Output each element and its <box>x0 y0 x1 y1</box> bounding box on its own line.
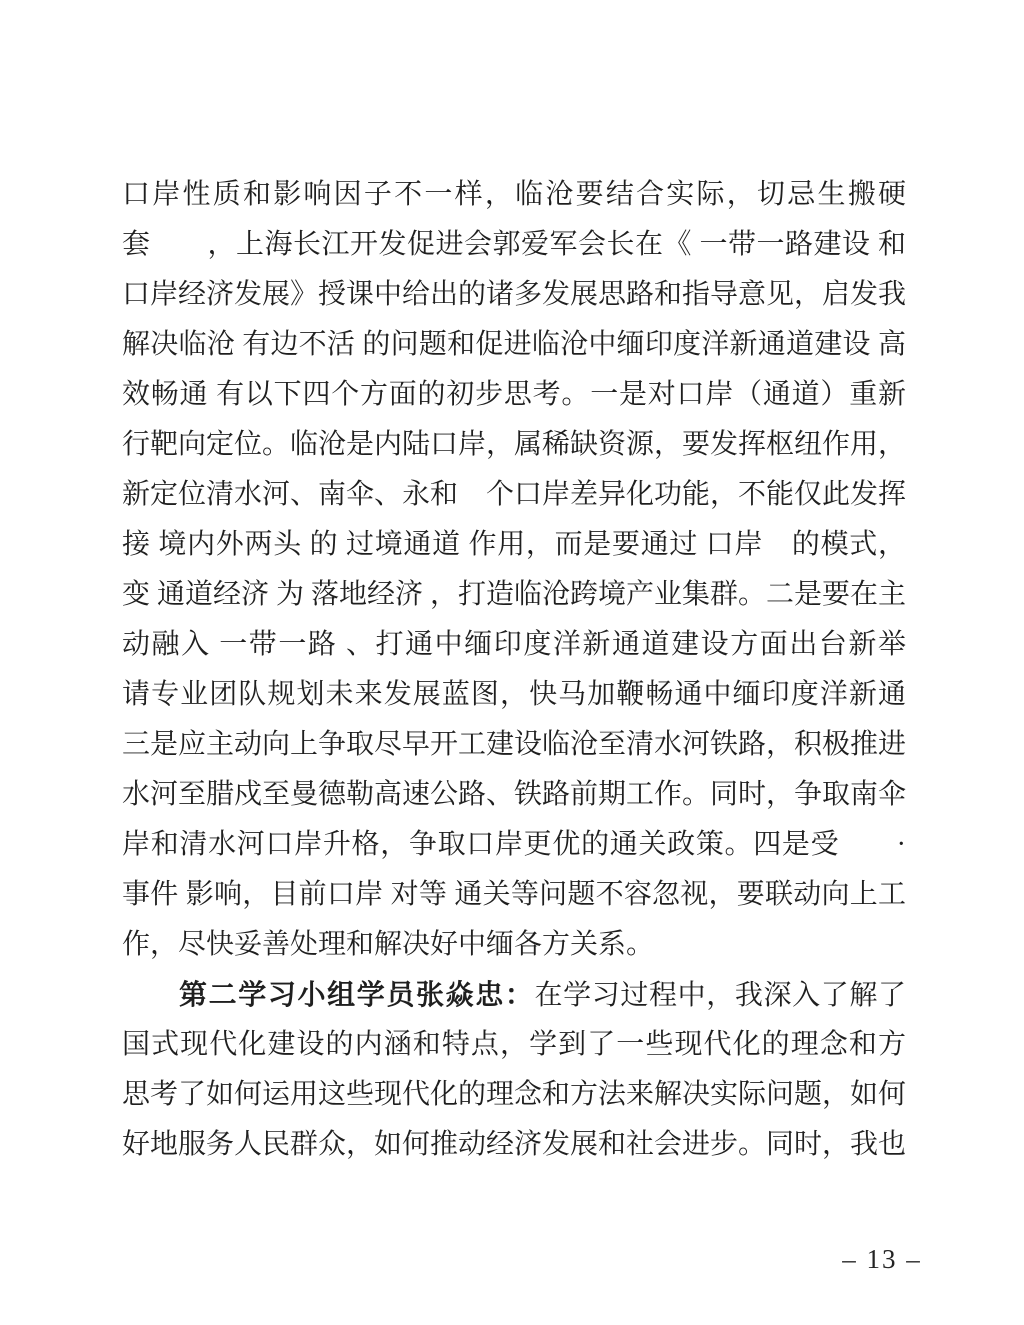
p2-line-01: 第二学习小组学员张焱忠：在学习过程中，我深入了解了中 <box>122 970 906 1020</box>
paragraph-2: 第二学习小组学员张焱忠：在学习过程中，我深入了解了中 国式现代化建设的内涵和特点… <box>122 970 906 1170</box>
p1-line-08: 接 境内外两头 的 过境通道 作用，而是要通过 口岸 的模式， <box>122 520 906 570</box>
p1-line-02: 套 ，上海长江开发促进会郭爱军会长在《 一带一路建设 和 <box>122 220 906 270</box>
p1-line-07: 新定位清水河、南伞、永和 个口岸差异化功能，不能仅此发挥连 <box>122 470 906 520</box>
document-page: 口岸性质和影响因子不一样，临沧要结合实际，切忌生搬硬 套 ，上海长江开发促进会郭… <box>0 0 1024 1325</box>
p1-line-01: 口岸性质和影响因子不一样，临沧要结合实际，切忌生搬硬 <box>122 170 906 220</box>
p1-line-09: 变 通道经济 为 落地经济 ，打造临沧跨境产业集群。二是要在主 <box>122 570 906 620</box>
p1-line-04: 解决临沧 有边不活 的问题和促进临沧中缅印度洋新通道建设 高 <box>122 320 906 370</box>
speaker-name-bold: 第二学习小组学员张焱忠： <box>179 979 535 1010</box>
p1-line-06: 行靶向定位。临沧是内陆口岸，属稀缺资源，要发挥枢纽作用，重 <box>122 420 906 470</box>
p1-line-16: 作，尽快妥善处理和解决好中缅各方关系。 <box>122 920 906 970</box>
p1-line-13: 水河至腊戍至曼德勒高速公路、铁路前期工作。同时，争取南伞口 <box>122 770 906 820</box>
p2-line-04: 好地服务人民群众，如何推动经济发展和社会进步。同时，我也意 <box>122 1120 906 1170</box>
p2-line-02: 国式现代化建设的内涵和特点，学到了一些现代化的理念和方法， <box>122 1020 906 1070</box>
p1-line-15: 事件 影响，目前口岸 对等 通关等问题不容忽视，要联动向上工 <box>122 870 906 920</box>
p1-line-10: 动融入 一带一路 、打通中缅印度洋新通道建设方面出台新举措， <box>122 620 906 670</box>
paragraph-1: 口岸性质和影响因子不一样，临沧要结合实际，切忌生搬硬 套 ，上海长江开发促进会郭… <box>122 170 906 970</box>
p1-line-03: 口岸经济发展》授课中给出的诸多发展思路和指导意见，启发我对 <box>122 270 906 320</box>
p2-line-03: 思考了如何运用这些现代化的理念和方法来解决实际问题，如何更 <box>122 1070 906 1120</box>
p1-line-12: 三是应主动向上争取尽早开工建设临沧至清水河铁路，积极推进清 <box>122 720 906 770</box>
page-number: – 13 – <box>832 1242 932 1276</box>
p1-line-11: 请专业团队规划未来发展蓝图，快马加鞭畅通中缅印度洋新通道。 <box>122 670 906 720</box>
p1-line-14: 岸和清水河口岸升格，争取口岸更优的通关政策。四是受 · <box>122 820 906 870</box>
text-column: 口岸性质和影响因子不一样，临沧要结合实际，切忌生搬硬 套 ，上海长江开发促进会郭… <box>122 170 906 1170</box>
p1-line-05: 效畅通 有以下四个方面的初步思考。一是对口岸（通道）重新进 <box>122 370 906 420</box>
